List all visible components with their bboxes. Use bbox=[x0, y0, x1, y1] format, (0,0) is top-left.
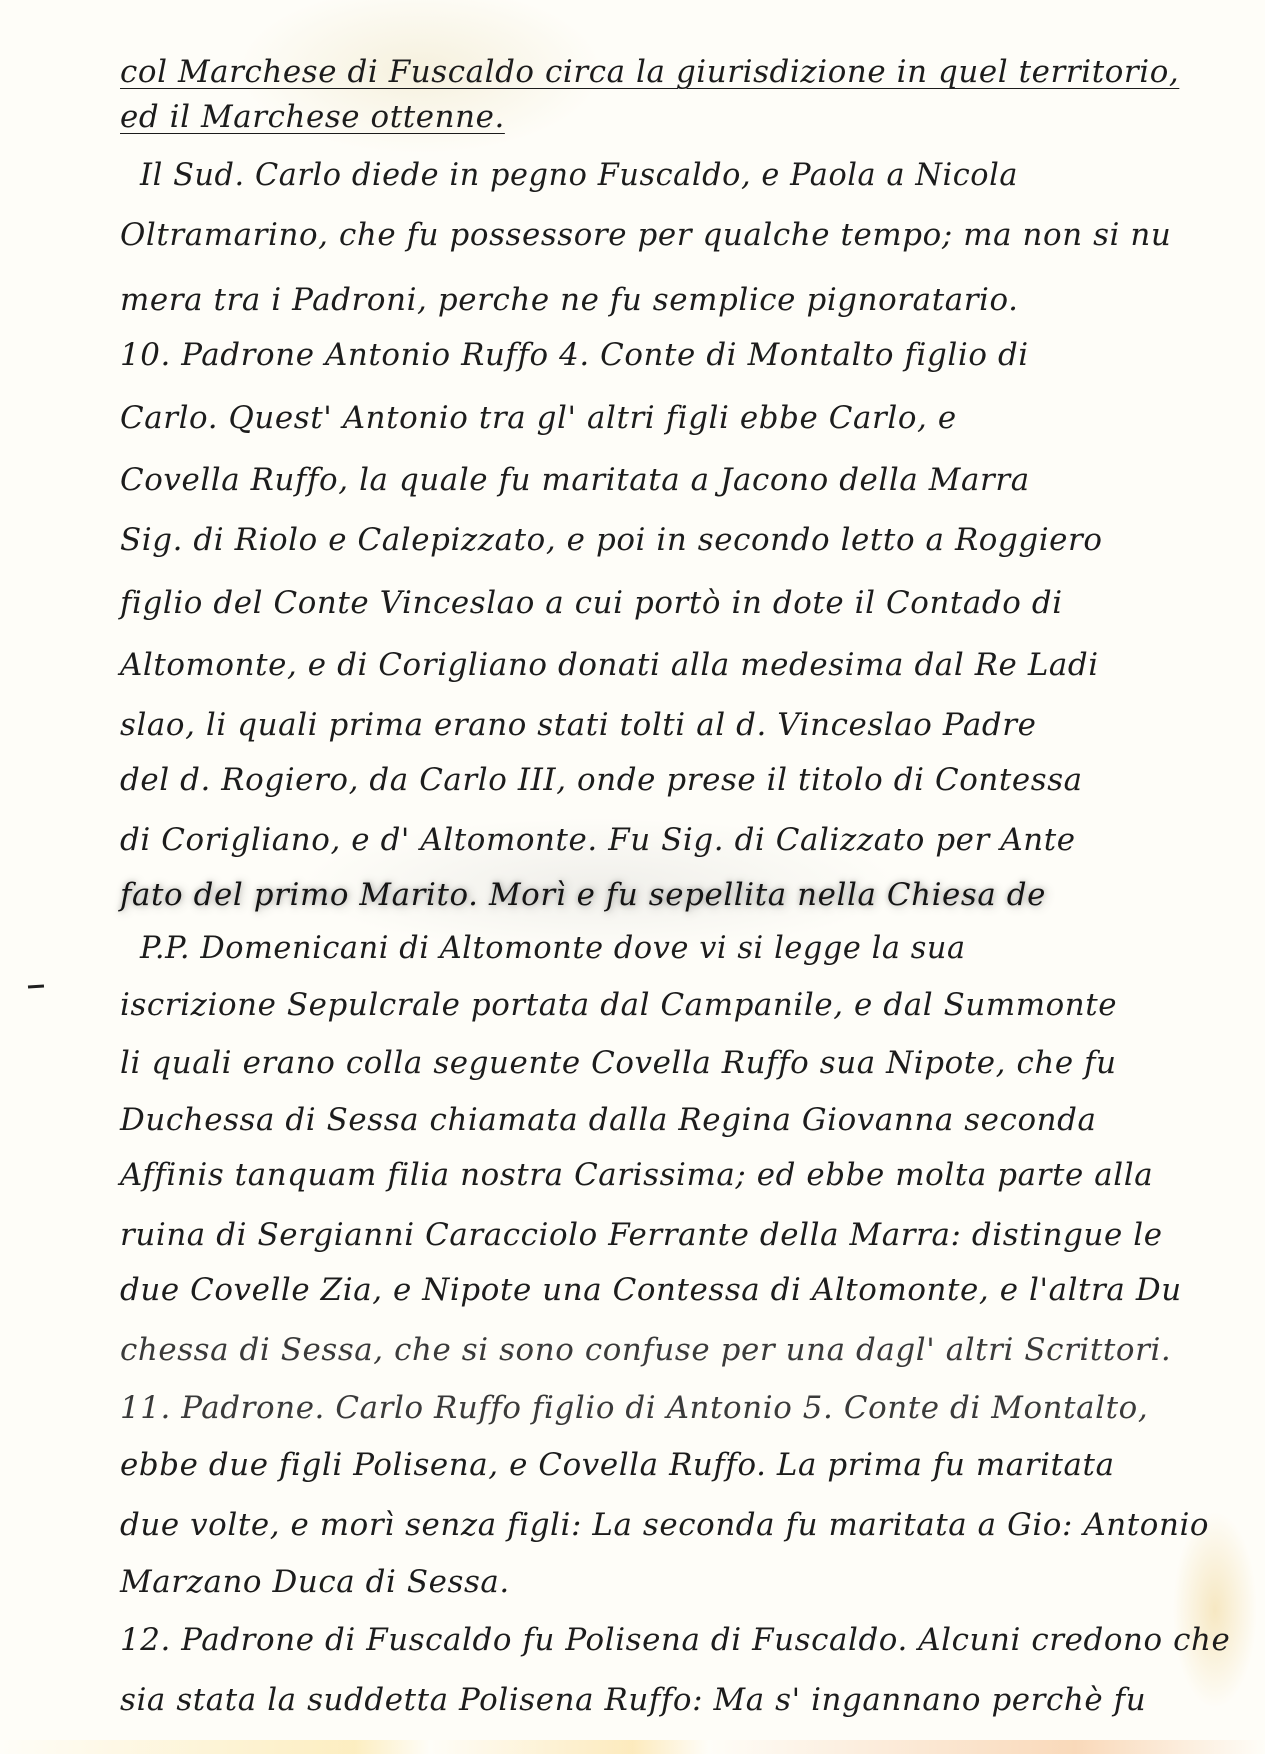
text-line-2: ed il Marchese ottenne. bbox=[120, 97, 1236, 137]
text-line-7: Carlo. Quest' Antonio tra gl' altri figl… bbox=[120, 398, 1236, 438]
text-line-14: di Corigliano, e d' Altomonte. Fu Sig. d… bbox=[120, 820, 1236, 860]
text-line-8: Covella Ruffo, la quale fu maritata a Ja… bbox=[120, 460, 1236, 500]
text-line-1: col Marchese di Fuscaldo circa la giuris… bbox=[120, 52, 1236, 92]
text-line-26: due volte, e morì senza figli: La second… bbox=[120, 1505, 1236, 1545]
text-line-24: 11. Padrone. Carlo Ruffo figlio di Anton… bbox=[120, 1388, 1236, 1428]
text-line-12: slao, li quali prima erano stati tolti a… bbox=[120, 705, 1236, 745]
text-line-29: sia stata la suddetta Polisena Ruffo: Ma… bbox=[120, 1680, 1236, 1720]
text-line-15-smudged: fato del primo Marito. Morì e fu sepelli… bbox=[120, 875, 1236, 915]
text-line-5: mera tra i Padroni, perche ne fu semplic… bbox=[120, 280, 1236, 320]
text-line-17: iscrizione Sepulcrale portata dal Campan… bbox=[120, 985, 1236, 1025]
text-line-10: figlio del Conte Vinceslao a cui portò i… bbox=[120, 583, 1236, 623]
text-line-28: 12. Padrone di Fuscaldo fu Polisena di F… bbox=[120, 1620, 1236, 1660]
text-line-21: ruina di Sergianni Caracciolo Ferrante d… bbox=[120, 1215, 1236, 1255]
text-line-6: 10. Padrone Antonio Ruffo 4. Conte di Mo… bbox=[120, 335, 1236, 375]
text-line-19: Duchessa di Sessa chiamata dalla Regina … bbox=[120, 1100, 1236, 1140]
text-line-22: due Covelle Zia, e Nipote una Contessa d… bbox=[120, 1270, 1236, 1310]
margin-dash-mark bbox=[28, 984, 44, 988]
text-line-23: chessa di Sessa, che si sono confuse per… bbox=[120, 1330, 1236, 1370]
paper-stain bbox=[0, 1740, 1265, 1754]
text-line-20: Affinis tanquam filia nostra Carissima; … bbox=[120, 1155, 1236, 1195]
text-line-25: ebbe due figli Polisena, e Covella Ruffo… bbox=[120, 1445, 1236, 1485]
text-line-3: Il Sud. Carlo diede in pegno Fuscaldo, e… bbox=[140, 155, 1235, 195]
manuscript-page: col Marchese di Fuscaldo circa la giuris… bbox=[0, 0, 1265, 1754]
text-line-27: Marzano Duca di Sessa. bbox=[120, 1562, 1236, 1602]
text-line-13: del d. Rogiero, da Carlo III, onde prese… bbox=[120, 760, 1236, 800]
text-line-18: li quali erano colla seguente Covella Ru… bbox=[120, 1043, 1236, 1083]
text-line-11: Altomonte, e di Corigliano donati alla m… bbox=[120, 645, 1236, 685]
text-line-16: P.P. Domenicani di Altomonte dove vi si … bbox=[140, 928, 1235, 968]
text-line-4: Oltramarino, che fu possessore per qualc… bbox=[120, 215, 1236, 255]
text-line-9: Sig. di Riolo e Calepizzato, e poi in se… bbox=[120, 520, 1236, 560]
